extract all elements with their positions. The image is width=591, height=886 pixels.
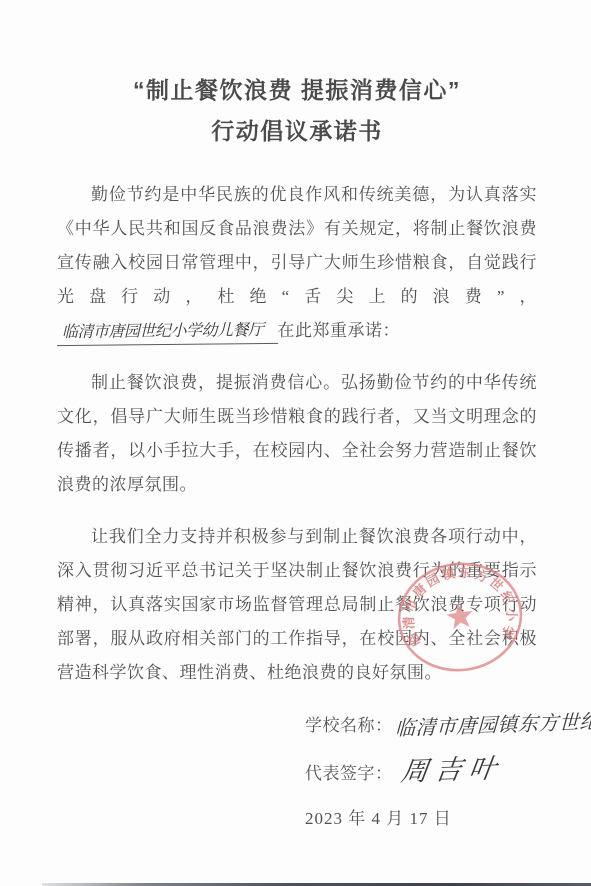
representative-signature-label: 代表签字： (305, 764, 393, 783)
handwritten-representative-signature: 周吉叶 (398, 752, 505, 789)
handwritten-organization-blank: 临清市唐园世纪小学幼儿餐厅 (57, 317, 278, 346)
document-content: “制止餐饮浪费 提振消费信心” 行动倡议承诺书 勤俭节约是中华民族的优良作风和传… (0, 0, 591, 835)
school-name-row: 学校名称：临清市唐园镇东方世纪小学 (305, 708, 537, 742)
handwritten-school-name: 临清市唐园镇东方世纪小学 (394, 704, 591, 746)
title-line-2: 行动倡议承诺书 (57, 111, 537, 152)
representative-signature-row: 代表签字：周吉叶 (305, 754, 537, 790)
paragraph-opening: 勤俭节约是中华民族的优良作风和传统美德，为认真落实《中华人民共和国反食品浪费法》… (57, 178, 537, 348)
signature-block: 学校名称：临清市唐园镇东方世纪小学 代表签字：周吉叶 2023 年 4 月 17… (305, 708, 537, 835)
paragraph-opening-text: 勤俭节约是中华民族的优良作风和传统美德，为认真落实《中华人民共和国反食品浪费法》… (57, 185, 537, 306)
paragraph-opening-tail: 在此郑重承诺： (278, 321, 401, 340)
document-title: “制止餐饮浪费 提振消费信心” 行动倡议承诺书 (57, 70, 537, 152)
paragraph-pledge: 制止餐饮浪费，提振消费信心。弘扬勤俭节约的中华传统文化，倡导广大师生既当珍惜粮食… (57, 366, 537, 502)
date-row: 2023 年 4 月 17 日 (305, 802, 537, 835)
paragraph-action: 让我们全力支持并积极参与到制止餐饮浪费各项行动中，深入贯彻习近平总书记关于坚决制… (57, 520, 537, 690)
date-text: 2023 年 4 月 17 日 (305, 809, 452, 828)
title-line-1: “制止餐饮浪费 提振消费信心” (57, 70, 537, 111)
document-page: “制止餐饮浪费 提振消费信心” 行动倡议承诺书 勤俭节约是中华民族的优良作风和传… (0, 0, 591, 886)
school-name-label: 学校名称： (305, 716, 393, 735)
